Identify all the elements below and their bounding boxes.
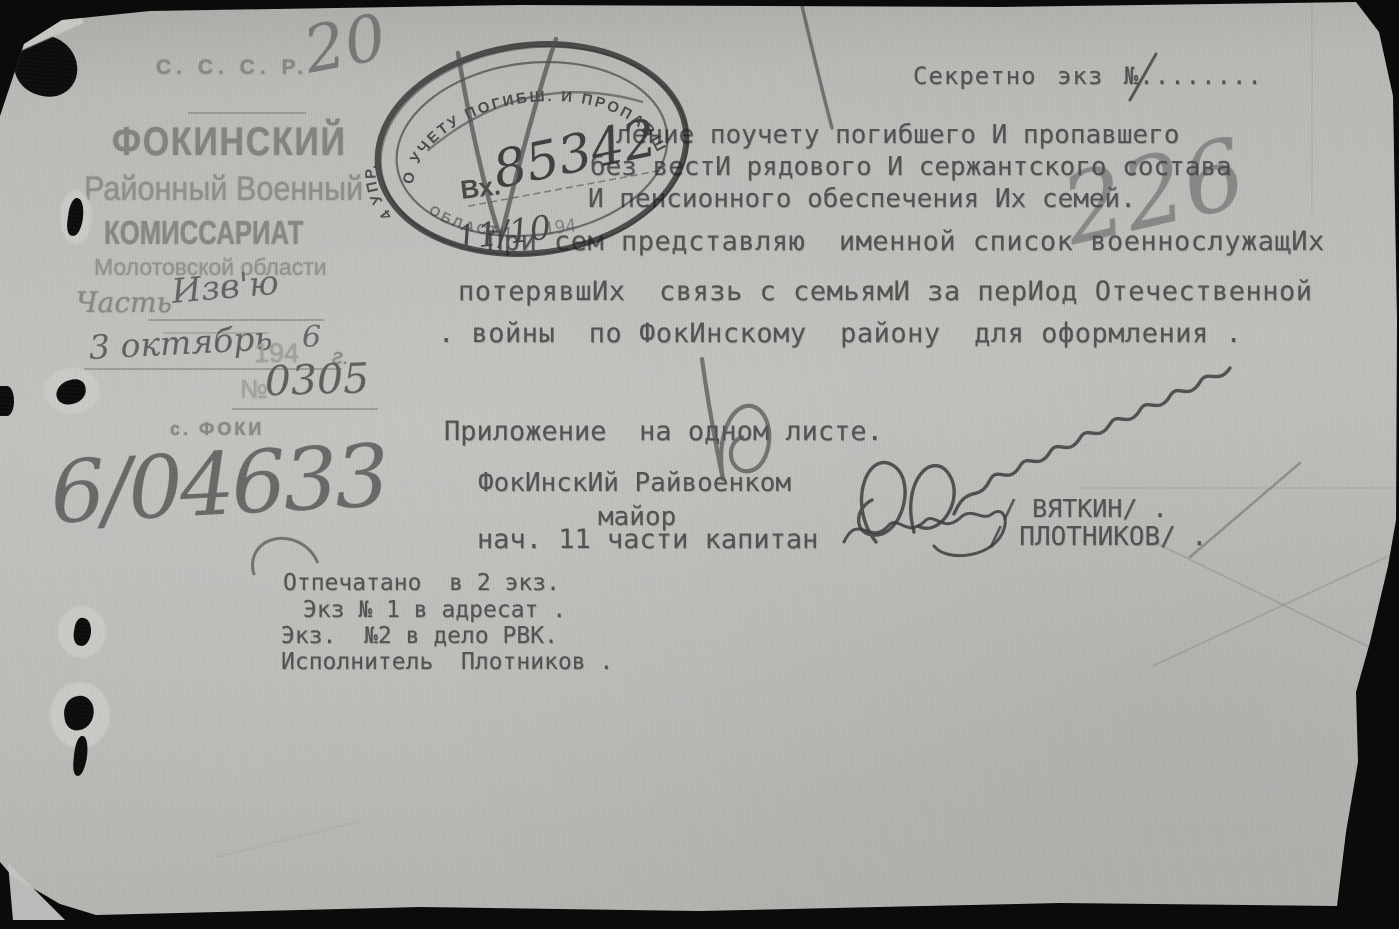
letterhead-org-name: ФОКИНСКИЙ <box>112 120 347 165</box>
letterhead-org-line2: Районный Военный <box>84 170 363 209</box>
classification-line: Секретно экз №........ <box>913 62 1263 90</box>
footer-line-3: Экз. №2 в дело РВК. <box>281 623 558 649</box>
letterhead-country: С. С. С. Р. <box>156 56 308 80</box>
number-label: № <box>240 374 268 405</box>
torn-corner-patch <box>8 29 85 103</box>
body-line-2: потерявшИх связь с семьямИ за перИод Оте… <box>458 276 1313 307</box>
letterhead-rule <box>188 112 306 114</box>
pencil-slash-top <box>782 0 852 135</box>
number-rule <box>232 408 378 410</box>
signature-plotnikov-autograph <box>830 490 1025 575</box>
letterhead-org-line3: КОМИССАРИАТ <box>104 214 304 252</box>
crease-line <box>216 820 362 858</box>
paper-hole <box>0 386 14 416</box>
pencil-checkmark <box>428 25 598 250</box>
addressee-line-1: ление поучету погибшего И пропавшего <box>616 120 1180 150</box>
part-value-handwritten: Изв'ю <box>170 263 280 312</box>
footer-line-4: Исполнитель Плотников . <box>281 649 613 675</box>
scanned-document: С. С. С. Р. ФОКИНСКИЙ Районный Военный К… <box>0 0 1399 929</box>
svg-text:4 УПР.: 4 УПР. <box>360 158 396 225</box>
signature-rank-2: нач. 11 части капитан <box>477 524 818 555</box>
footer-line-1: Отпечатано в 2 экз. <box>283 570 560 596</box>
date-handwritten: 3 октябрь <box>88 318 273 367</box>
paper-sheet: С. С. С. Р. ФОКИНСКИЙ Районный Военный К… <box>0 0 1399 929</box>
part-label: Часть <box>76 286 172 319</box>
date-year-handwritten: 6 <box>302 320 321 355</box>
crease-line <box>1311 0 1313 215</box>
pencil-file-number: 6/04633 <box>48 426 389 543</box>
footer-line-2: Экз № 1 в адресат . <box>303 597 566 623</box>
copy-number-mark <box>1118 48 1164 106</box>
number-handwritten: 0305 <box>264 354 370 406</box>
crease-line <box>1152 551 1398 667</box>
stamp-arc-left-text: 4 УПР. <box>360 158 396 225</box>
pencil-monogram <box>668 345 818 495</box>
